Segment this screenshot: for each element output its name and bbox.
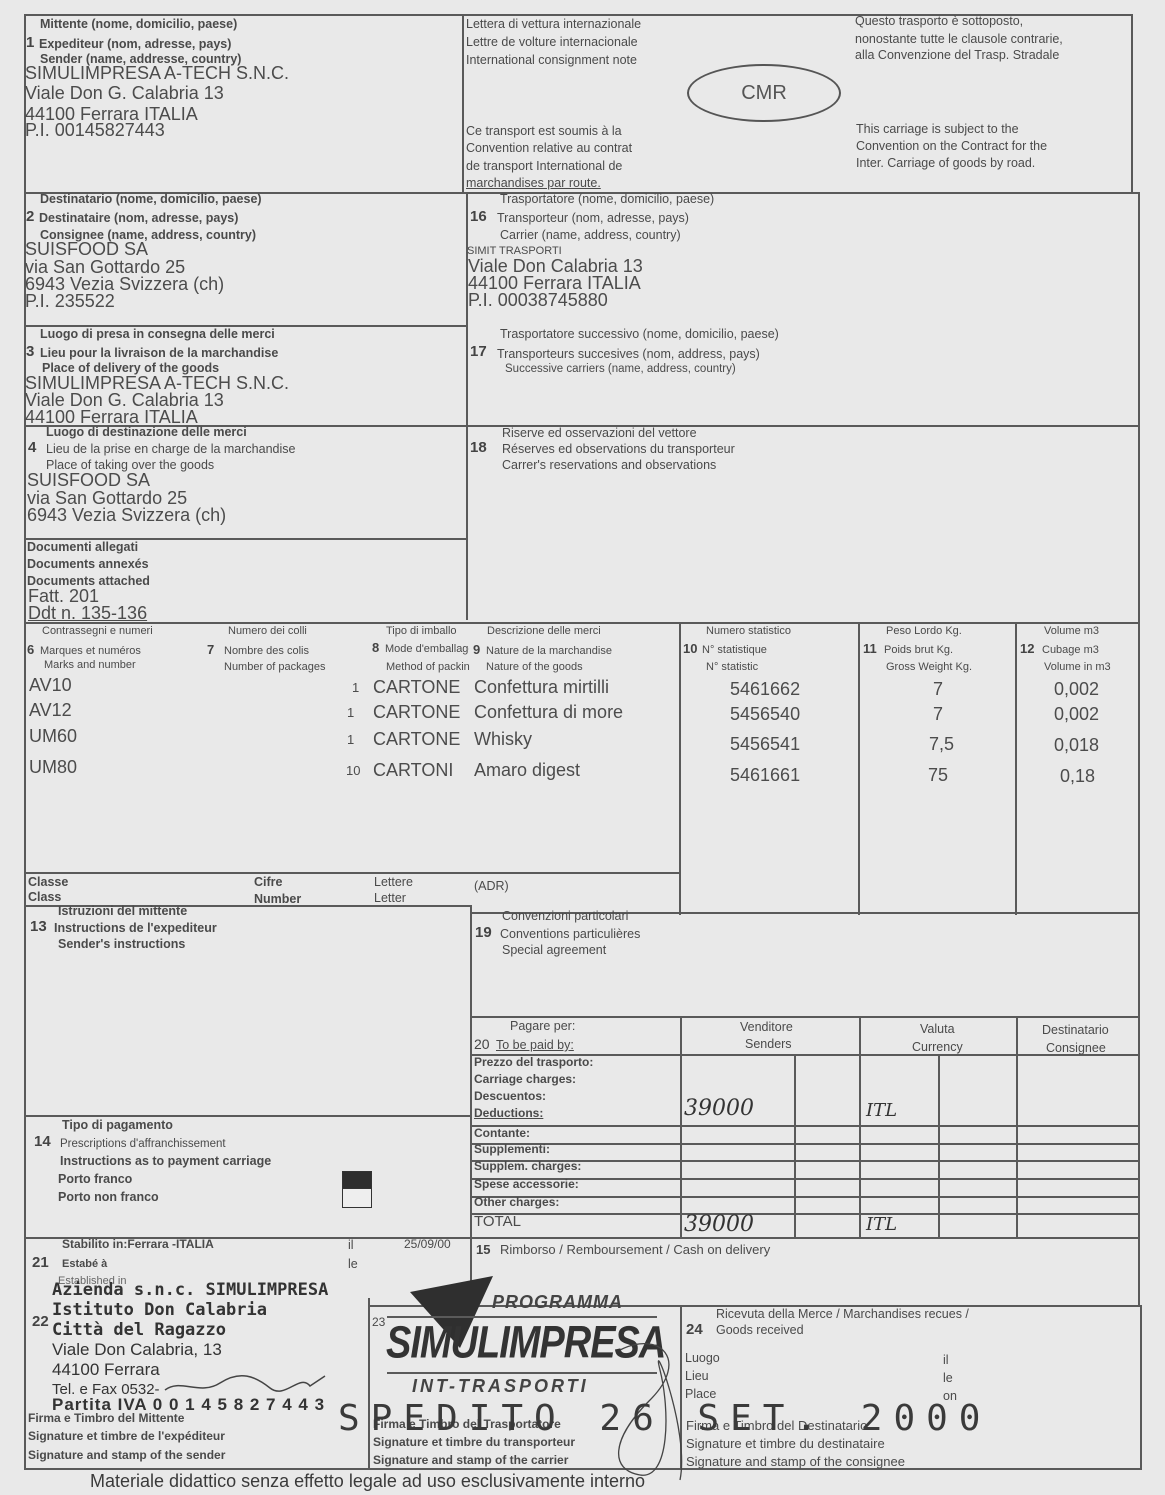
header-volume-it: Volume m3 (1044, 623, 1099, 639)
header-weight-num: 11 (863, 641, 877, 657)
convention-it-1: Questo trasporto è sottoposto, (855, 13, 1023, 29)
instructions-number: 13 (30, 919, 47, 935)
pay-col-2 (859, 1016, 861, 1238)
cell-weight: 7,5 (929, 734, 954, 755)
header-marks-en: Marks and number (44, 657, 136, 673)
col-consignee-en: Consignee (1046, 1040, 1106, 1056)
cell-packages: 1 (347, 732, 354, 747)
divider-22-23 (368, 1298, 370, 1470)
porto-non-franco-checkbox[interactable] (342, 1188, 372, 1208)
convention-fr-2: Convention relative au contrat (466, 140, 632, 156)
cell-marks: AV10 (29, 675, 72, 696)
successive-label-en: Successive carriers (name, address, coun… (505, 361, 736, 377)
adr-number-en: Number (254, 891, 301, 907)
cell-stat-no: 5456541 (730, 734, 800, 755)
pay-row-6 (470, 1213, 1140, 1215)
payment-option-franco[interactable]: Porto franco (58, 1171, 132, 1187)
instructions-label-it: Istruzioni del mittente (58, 903, 187, 919)
header-packages-num: 7 (207, 642, 214, 658)
agreement-label-it: Convenzioni particolari (502, 908, 628, 924)
consignee-label-it: Destinatario (nome, domicilio, paese) (40, 191, 262, 207)
cell-weight: 7 (933, 704, 943, 725)
title-en: International consignment note (466, 52, 637, 68)
cmr-label: CMR (741, 82, 787, 104)
successive-label-it: Trasportatore successivo (nome, domicili… (500, 326, 779, 342)
established-on-fr: le (348, 1256, 358, 1272)
header-marks-it: Contrassegni e numeri (42, 623, 153, 639)
reservations-label-it: Riserve ed osservazioni del vettore (502, 425, 697, 441)
frame-mid-top (462, 14, 464, 194)
carrier-label-fr: Transporteur (nom, adresse, pays) (497, 210, 689, 226)
reservations-label-fr: Réserves ed observations du transporteur (502, 441, 735, 457)
header-nature-en: Nature of the goods (486, 659, 583, 675)
reservations-number: 18 (470, 440, 487, 456)
sender-stamp-line-1: Azienda s.n.c. SIMULIMPRESA (52, 1280, 328, 1300)
col-senders-it: Venditore (740, 1019, 793, 1035)
sender-stamp-line-2: Istituto Don Calabria (52, 1300, 328, 1320)
header-packages-fr: Nombre des colis (224, 643, 309, 659)
pay-col-2b (938, 1054, 940, 1238)
sender-handwritten-signature-icon (160, 1368, 330, 1398)
header-packages-it: Numero dei colli (228, 623, 307, 639)
cell-description: Confettura mirtilli (474, 677, 609, 698)
delivery-number: 3 (26, 344, 34, 360)
carriage-amount: 39000 (684, 1096, 754, 1121)
convention-en-2: Convention on the Contract for the (856, 138, 1047, 154)
cell-weight: 7 (933, 679, 943, 700)
received-place-it: Luogo (685, 1350, 720, 1366)
consignee-line-4: P.I. 235522 (25, 292, 115, 311)
established-date: 25/09/00 (404, 1236, 451, 1252)
pay-row-1 (470, 1125, 1140, 1127)
cell-packing: CARTONE (373, 677, 472, 698)
cell-description: Whisky (474, 729, 532, 750)
delivery-label-fr: Lieu pour la livraison de la marchandise (40, 345, 278, 361)
col-consignee-it: Destinatario (1042, 1022, 1109, 1038)
divider-13-19 (470, 905, 472, 1237)
header-volume-fr: Cubage m3 (1042, 642, 1099, 658)
cell-description: Confettura di more (474, 702, 623, 723)
header-volume-num: 12 (1020, 641, 1034, 657)
agreement-number: 19 (475, 925, 492, 941)
header-nature-num: 9 (473, 642, 480, 658)
header-nature-fr: Nature de la marchandise (486, 643, 612, 659)
established-label-fr: Estabé à (62, 1256, 107, 1272)
cell-marks: UM60 (29, 726, 77, 747)
header-packing-en: Method of packing (386, 659, 470, 675)
sender-number: 1 (26, 35, 34, 51)
line-872 (24, 872, 681, 874)
cell-marks: AV12 (29, 700, 72, 721)
pay-row-2 (470, 1143, 1140, 1145)
total-amount: 39000 (684, 1212, 754, 1237)
payment-label-en: Instructions as to payment carriage (60, 1153, 271, 1169)
footer-disclaimer: Materiale didattico senza effetto legale… (90, 1471, 645, 1492)
frame-left (24, 14, 26, 1470)
takeover-number: 4 (28, 440, 36, 456)
received-place-fr: Lieu (685, 1368, 709, 1384)
adr-number-it: Cifre (254, 874, 282, 890)
header-weight-fr: Poids brut Kg. (884, 642, 953, 658)
carrier-number: 16 (470, 209, 487, 225)
cell-volume: 0,002 (1054, 704, 1099, 725)
cell-description: Amaro digest (474, 760, 580, 781)
stamp-programma: PROGRAMMA (492, 1292, 623, 1313)
cell-volume: 0,018 (1054, 735, 1099, 756)
paid-by-label-it: Pagare per: (510, 1018, 575, 1034)
sender-sign-label-en: Signature and stamp of the sender (28, 1447, 225, 1463)
goods-divider-weight (858, 622, 860, 915)
header-stat-fr: N° statistique (702, 642, 767, 658)
documents-label-fr: Documents annexés (27, 556, 149, 572)
row-accessory-costs: Spese accessorie: (474, 1176, 579, 1192)
shipped-date-stamp: SPEDITO 26 SET. 2000 (338, 1398, 991, 1439)
cell-packing: CARTONE (373, 702, 472, 723)
header-packing-num: 8 (372, 640, 379, 656)
row-supplem-charges: Supplem. charges: (474, 1158, 581, 1174)
header-volume-en: Volume in m3 (1044, 659, 1111, 675)
stamp-int-trasporti: INT-TRASPORTI (412, 1376, 589, 1397)
cod-number: 15 (476, 1242, 490, 1258)
header-weight-it: Peso Lordo Kg. (886, 623, 962, 639)
received-on-fr: le (943, 1370, 953, 1386)
header-packing-fr: Mode d'emballage (385, 641, 469, 657)
received-label-it: Ricevuta della Merce / Marchandises recu… (716, 1306, 969, 1322)
convention-fr-3: de transport International de (466, 158, 622, 174)
total-currency: ITL (866, 1214, 897, 1235)
payment-label-fr: Prescriptions d'affranchissement (60, 1136, 226, 1152)
adr-class-en: Class (28, 889, 61, 905)
cell-marks: UM80 (29, 757, 77, 778)
cell-volume: 0,18 (1060, 766, 1095, 787)
takeover-label-fr: Lieu de la prise en charge de la marchan… (46, 441, 295, 457)
cell-stat-no: 5461661 (730, 765, 800, 786)
established-on-it: il (348, 1237, 354, 1253)
header-stat-it: Numero statistico (706, 623, 791, 639)
row-supplements: Supplementi: (474, 1141, 550, 1157)
title-it: Lettera di vettura internazionale (466, 16, 641, 32)
received-on-it: il (943, 1352, 949, 1368)
header-marks-num: 6 (27, 642, 34, 658)
cell-stat-no: 5461662 (730, 679, 800, 700)
carriage-currency: ITL (866, 1100, 897, 1121)
adr-letter-en: Letter (374, 890, 406, 906)
sender-line-4: P.I. 00145827443 (25, 121, 165, 140)
convention-en-3: Inter. Carriage of goods by road. (856, 155, 1035, 171)
cell-stat-no: 5456540 (730, 704, 800, 725)
cell-packing: CARTONE (373, 729, 472, 750)
title-fr: Lettre de volture internacionale (466, 34, 638, 50)
documents-line-2: Ddt n. 135-136 (28, 604, 147, 623)
row-carriage-price: Prezzo del trasporto: (474, 1054, 593, 1070)
col-senders-en: Senders (745, 1036, 792, 1052)
established-label: Stabilito in:Ferrara -ITALIA (62, 1236, 214, 1252)
row-other-charges: Other charges: (474, 1194, 559, 1210)
sender-signature-number: 22 (32, 1314, 49, 1330)
received-number: 24 (686, 1322, 703, 1338)
payment-number: 14 (34, 1134, 51, 1150)
frame-right-bottom (1140, 1305, 1142, 1470)
cell-weight: 75 (928, 765, 948, 786)
received-label-en: Goods received (716, 1322, 804, 1338)
successive-label-fr: Transporteurs succesives (nom, address, … (497, 346, 760, 362)
takeover-label-it: Luogo di destinazione delle merci (46, 424, 247, 440)
pay-col-1b (794, 1054, 796, 1238)
convention-en-1: This carriage is subject to the (856, 121, 1019, 137)
pay-col-3 (1016, 1016, 1018, 1238)
established-number: 21 (32, 1255, 49, 1271)
agreement-label-fr: Conventions particulières (500, 926, 640, 942)
adr-class-it: Classe (28, 874, 68, 890)
row-total: TOTAL (474, 1214, 521, 1230)
carrier-sign-label-en: Signature and stamp of the carrier (373, 1452, 568, 1468)
consignee-number: 2 (26, 209, 34, 225)
instructions-label-en: Sender's instructions (58, 936, 185, 952)
cell-volume: 0,002 (1054, 679, 1099, 700)
takeover-line-3: 6943 Vezia Svizzera (ch) (27, 506, 226, 525)
header-packing-it: Tipo di imballo (386, 623, 468, 639)
sender-line-2: Viale Don G. Calabria 13 (25, 84, 224, 103)
adr-letter-it: Lettere (374, 874, 413, 890)
convention-it-2: nonostante tutte le clausole contrarie, (855, 31, 1063, 47)
header-stat-en: N° statistic (706, 659, 758, 675)
frame-right-top (1131, 14, 1133, 194)
carrier-signature-number: 23 (372, 1314, 385, 1330)
cell-packages: 1 (352, 680, 359, 695)
carrier-label-it: Trasportatore (nome, domicilio, paese) (500, 191, 714, 207)
payment-option-non-franco[interactable]: Porto non franco (58, 1189, 159, 1205)
row-deductions: Deductions: (474, 1105, 543, 1121)
col-currency-it: Valuta (920, 1021, 955, 1037)
sender-label-fr: Expediteur (nom, adresse, pays) (39, 36, 231, 52)
cell-packages: 10 (346, 763, 360, 778)
instructions-label-fr: Instructions de l'expediteur (54, 920, 217, 936)
frame-right (1138, 192, 1140, 1307)
header-stat-num: 10 (683, 641, 697, 657)
delivery-label-it: Luogo di presa in consegna delle merci (40, 326, 275, 342)
row-cash: Contante: (474, 1125, 530, 1141)
convention-fr-4: marchandises par route. (466, 175, 601, 191)
header-weight-en: Gross Weight Kg. (886, 659, 972, 675)
documents-label-it: Documenti allegati (27, 539, 138, 555)
payment-label-it: Tipo di pagamento (62, 1117, 173, 1133)
header-nature-it: Descrizione delle merci (487, 623, 601, 639)
agreement-label-en: Special agreement (502, 942, 606, 958)
line-bottom (24, 1468, 1142, 1470)
sender-sign-label-fr: Signature et timbre de l'expéditeur (28, 1428, 225, 1444)
carrier-label-en: Carrier (name, address, country) (500, 227, 681, 243)
consignee-label-fr: Destinataire (nom, adresse, pays) (39, 210, 238, 226)
cmr-badge: CMR (687, 64, 841, 122)
sender-stamp-line-4: Viale Don Calabria, 13 (52, 1340, 328, 1360)
cod-label: Rimborso / Remboursement / Cash on deliv… (500, 1242, 770, 1258)
sender-label-it: Mittente (nome, domicilio, paese) (40, 16, 237, 32)
header-packages-en: Number of packages (224, 659, 326, 675)
cell-packages: 1 (347, 705, 354, 720)
carrier-line-3: P.I. 00038745880 (468, 291, 608, 310)
paid-by-label-en: To be paid by: (496, 1037, 574, 1053)
reservations-label-en: Carrer's reservations and observations (502, 457, 716, 473)
col-currency-en: Currency (912, 1039, 963, 1055)
sender-stamp-line-3: Città del Ragazzo (52, 1320, 328, 1340)
goods-divider-volume (1015, 622, 1017, 915)
received-sign-label-en: Signature and stamp of the consignee (686, 1454, 905, 1470)
successive-number: 17 (470, 344, 487, 360)
row-carriage-charges: Carriage charges: (474, 1071, 576, 1087)
adr-label: (ADR) (474, 878, 509, 894)
pay-col-1 (680, 1016, 682, 1238)
sender-sign-label-it: Firma e Timbro del Mittente (28, 1410, 184, 1426)
paid-by-number: 20 (474, 1036, 490, 1052)
convention-fr-1: Ce transport est soumis à la (466, 123, 622, 139)
cell-packing: CARTONI (373, 760, 472, 781)
row-discounts: Descuentos: (474, 1088, 546, 1104)
sender-line-1: SIMULIMPRESA A-TECH S.N.C. (25, 64, 289, 83)
convention-it-3: alla Convenzione del Trasp. Stradale (855, 47, 1059, 63)
pay-row-5 (470, 1196, 1140, 1198)
